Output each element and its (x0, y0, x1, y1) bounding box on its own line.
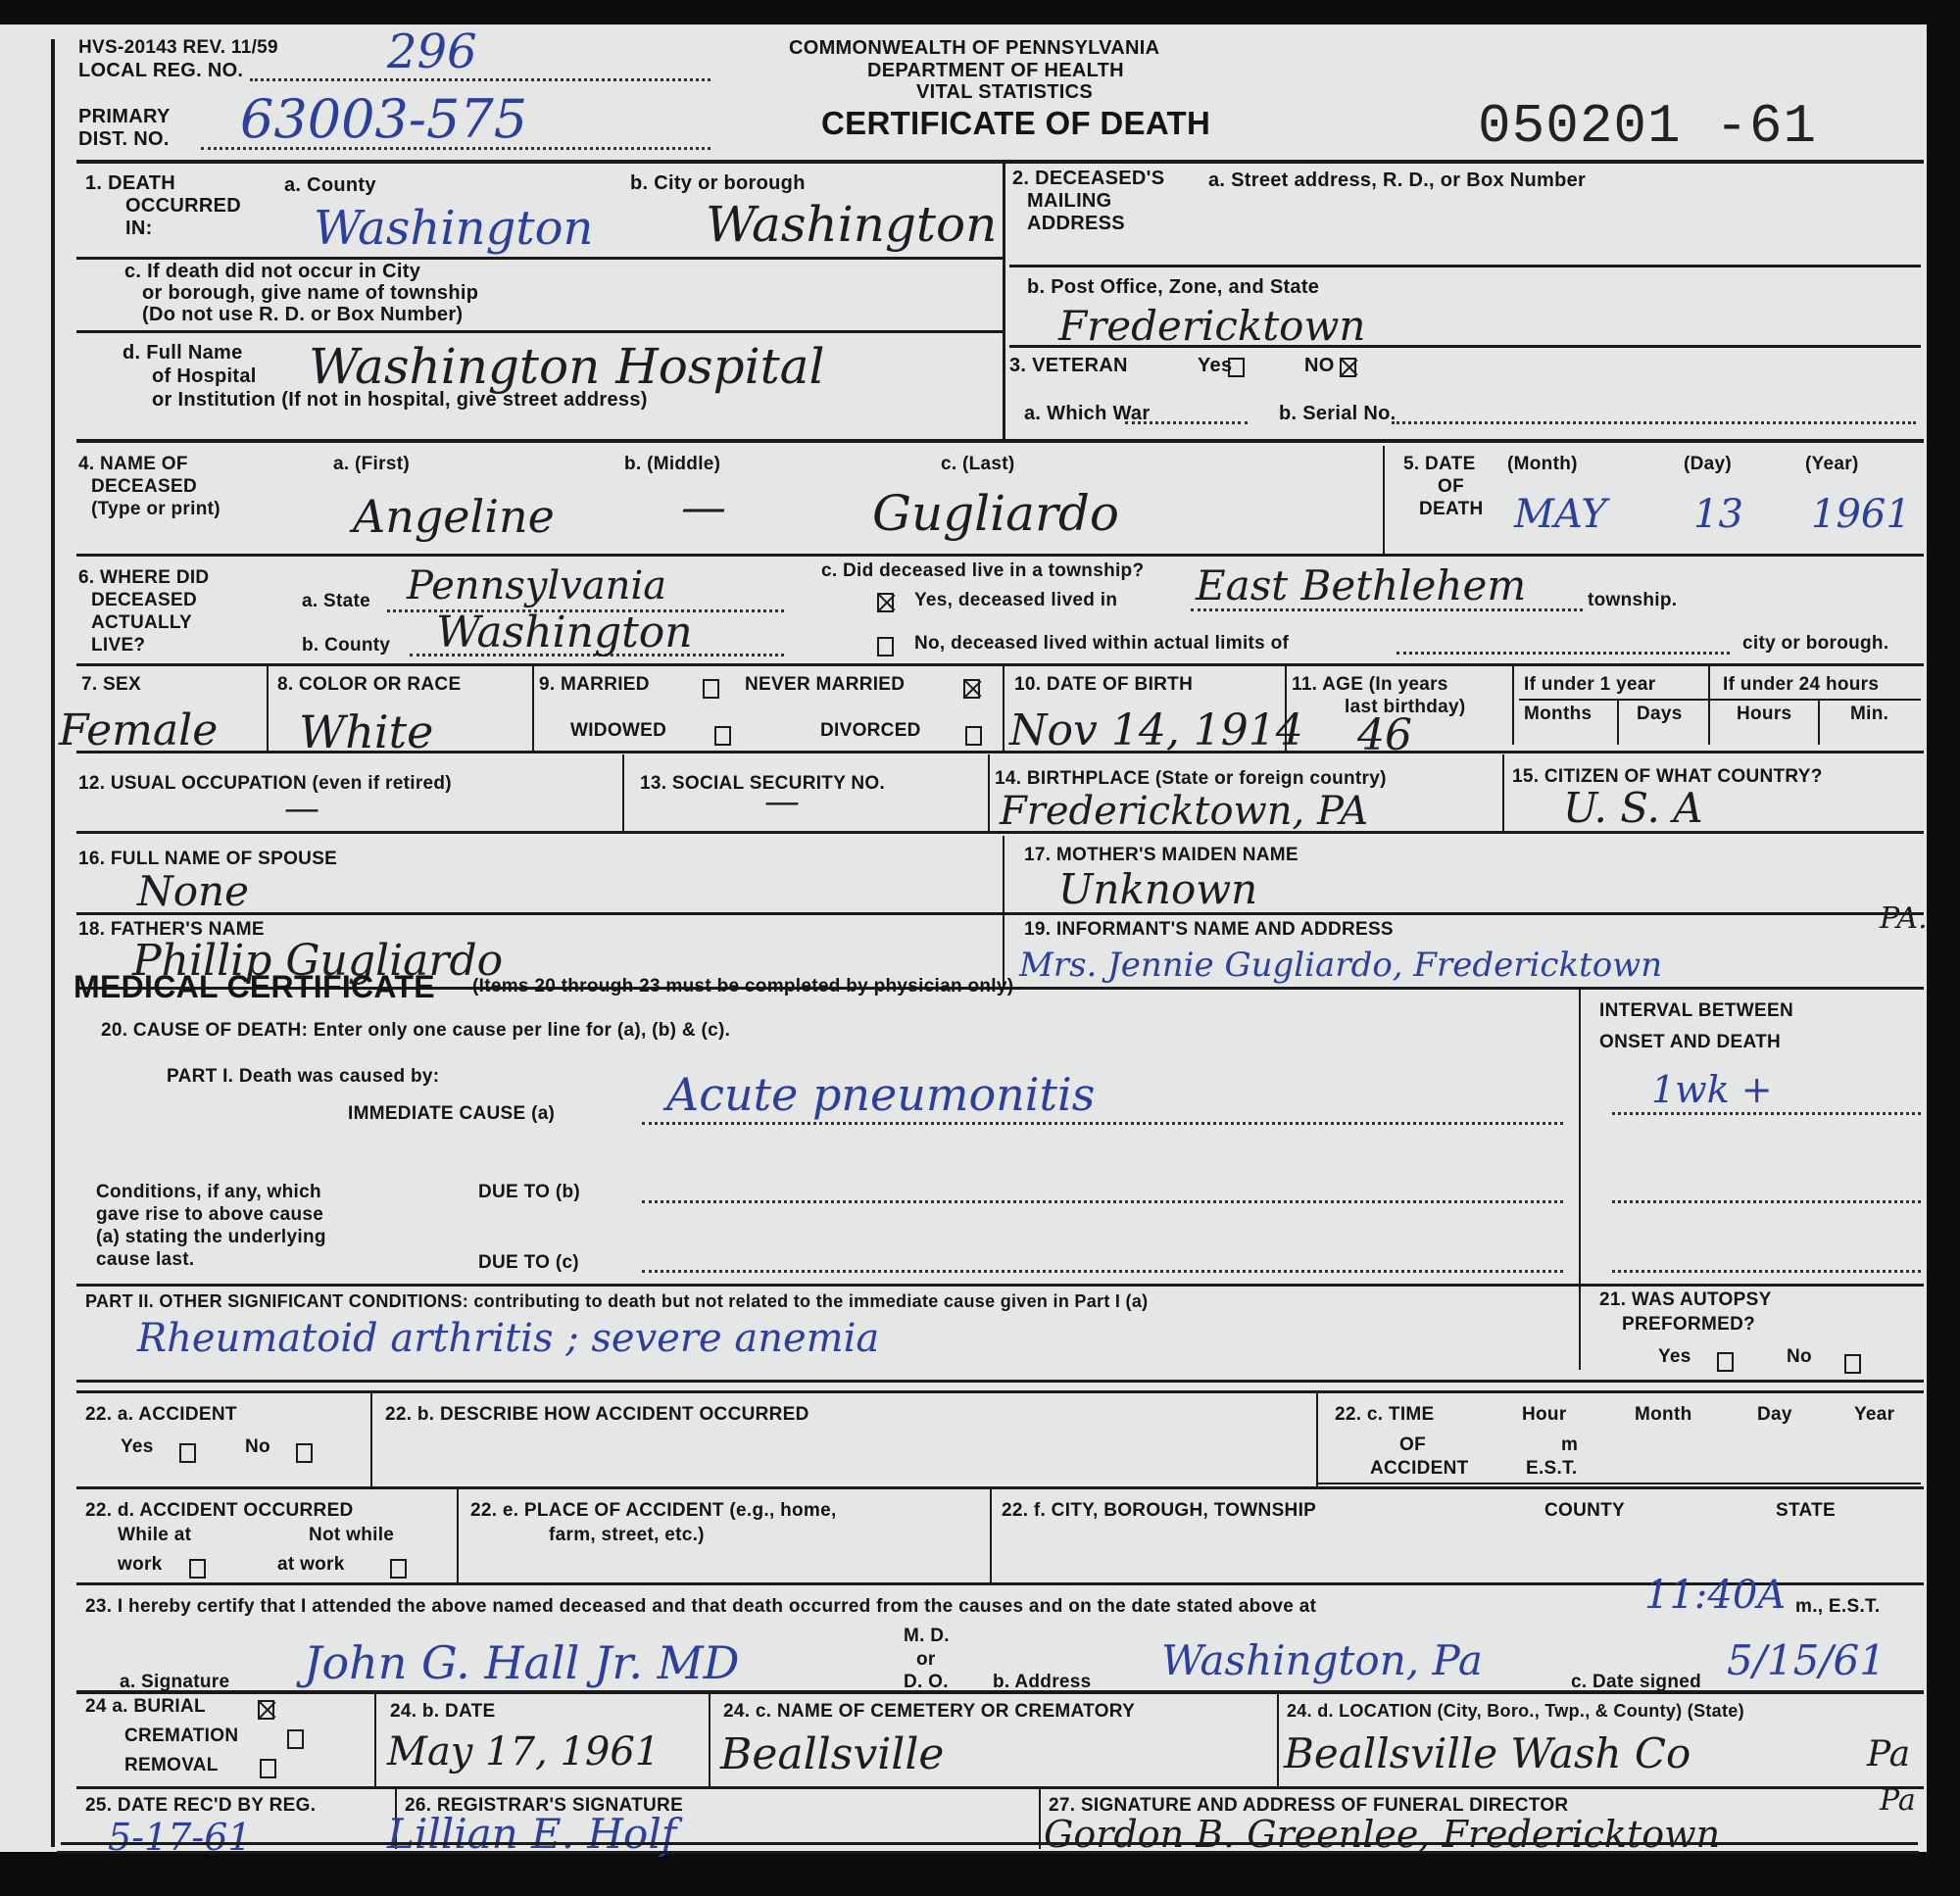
residence-county-label: b. County (302, 634, 390, 656)
post-office-value: Fredericktown (1058, 302, 1365, 350)
cremation-label: CREMATION (124, 1725, 238, 1747)
rule (1519, 699, 1921, 701)
col-divider (1383, 446, 1385, 554)
col-divider (990, 1489, 992, 1582)
autopsy-label-1: 21. WAS AUTOPSY (1599, 1288, 1772, 1311)
dist-label: DIST. NO. (78, 127, 170, 151)
year-label: (Year) (1805, 453, 1859, 475)
township-value: East Bethlehem (1196, 561, 1526, 609)
mailing-label-2: MAILING (1027, 189, 1112, 213)
informant-label: 19. INFORMANT'S NAME AND ADDRESS (1024, 918, 1394, 941)
last-name-value: Gugliardo (872, 485, 1119, 542)
burial-location-label: 24. d. LOCATION (City, Boro., Twp., & Co… (1287, 1700, 1744, 1723)
city-borough-suffix: city or borough. (1742, 632, 1888, 655)
divorced-checkbox[interactable] (965, 726, 982, 746)
rule (61, 1842, 1918, 1845)
informant-state: PA. (1880, 901, 1928, 936)
col-divider (1003, 666, 1004, 753)
death-month-value: MAY (1514, 492, 1607, 537)
occupation-label: 12. USUAL OCCUPATION (even if retired) (78, 772, 452, 795)
part-2-label: PART II. OTHER SIGNIFICANT CONDITIONS: c… (85, 1290, 1148, 1313)
col-divider (1003, 836, 1004, 914)
first-name-label: a. (First) (333, 453, 410, 475)
rule (76, 751, 1924, 754)
under-year-label: If under 1 year (1524, 673, 1655, 696)
death-date-label-3: DEATH (1419, 498, 1484, 520)
conditions-label-2: gave rise to above cause (96, 1203, 323, 1226)
col-divider (1512, 666, 1514, 745)
agency-line-1: COMMONWEALTH OF PENNSYLVANIA (789, 36, 1159, 60)
rule (76, 1690, 1924, 1694)
street-address-label: a. Street address, R. D., or Box Number (1208, 169, 1586, 192)
burial-label: 24 a. BURIAL (85, 1695, 206, 1718)
col-divider (374, 1694, 376, 1787)
immediate-cause-value: Acute pneumonitis (666, 1068, 1095, 1121)
due-to-c-label: DUE TO (c) (478, 1251, 579, 1274)
burial-location-value: Beallsville Wash Co (1284, 1729, 1690, 1777)
death-county-value: Washington (314, 201, 593, 256)
never-married-checkbox[interactable] (963, 679, 980, 699)
hours-label: Hours (1737, 703, 1791, 725)
burial-date-value: May 17, 1961 (387, 1729, 660, 1774)
burial-checkbox[interactable] (258, 1700, 274, 1720)
residence-label-1: 6. WHERE DID (78, 566, 209, 589)
married-label: 9. MARRIED (539, 673, 650, 696)
rule (1318, 1483, 1921, 1484)
name-label-2: DECEASED (91, 475, 197, 498)
rule (76, 554, 1924, 557)
accident-yes-label: Yes (121, 1435, 154, 1458)
place-label-2: farm, street, etc.) (549, 1524, 705, 1546)
widowed-label: WIDOWED (570, 719, 666, 742)
autopsy-yes-label: Yes (1658, 1345, 1691, 1368)
rule (76, 1380, 1924, 1383)
hospital-label-1: d. Full Name (122, 341, 243, 365)
conditions-label-1: Conditions, if any, which (96, 1181, 321, 1203)
last-name-label: c. (Last) (941, 453, 1015, 475)
local-reg-line (250, 78, 710, 81)
col-divider (1708, 666, 1710, 745)
due-to-b-label: DUE TO (b) (478, 1181, 580, 1203)
physician-address-value: Washington, Pa (1161, 1636, 1483, 1684)
interval-line-c (1612, 1270, 1921, 1273)
residence-label-3: ACTUALLY (91, 611, 192, 634)
township-yes-checkbox[interactable] (877, 593, 894, 612)
removal-checkbox[interactable] (260, 1759, 276, 1778)
date-signed-value: 5/15/61 (1727, 1636, 1886, 1684)
accident-hour-label: Hour (1522, 1403, 1567, 1426)
work-label: work (118, 1553, 163, 1576)
form-id: HVS-20143 REV. 11/59 (78, 36, 278, 59)
mother-maiden-label: 17. MOTHER'S MAIDEN NAME (1024, 844, 1298, 866)
accident-est-label: E.S.T. (1526, 1457, 1577, 1480)
accident-m-label: m (1561, 1434, 1578, 1456)
race-label: 8. COLOR OR RACE (277, 673, 461, 696)
death-occurred-label-3: IN: (125, 217, 153, 240)
death-date-label-1: 5. DATE (1403, 453, 1476, 475)
veteran-label: 3. VETERAN (1009, 354, 1128, 377)
birthplace-value: Fredericktown, PA (1000, 789, 1368, 834)
accident-state-label: STATE (1776, 1499, 1836, 1522)
death-date-label-2: OF (1438, 475, 1464, 498)
col-divider (1579, 990, 1581, 1284)
interval-line-b (1612, 1200, 1921, 1203)
col-divider (1316, 1393, 1318, 1486)
accident-day-label: Day (1757, 1403, 1792, 1426)
autopsy-no-label: No (1787, 1345, 1812, 1368)
residence-state-value: Pennsylvania (407, 563, 666, 608)
col-divider (532, 666, 534, 753)
rule (76, 1284, 1924, 1287)
residence-label-4: LIVE? (91, 634, 145, 656)
post-office-label: b. Post Office, Zone, and State (1027, 275, 1319, 299)
rule (76, 1486, 1924, 1489)
at-work-label: at work (277, 1553, 345, 1576)
city-label: b. City or borough (630, 171, 806, 195)
primary-label: PRIMARY (78, 105, 171, 128)
col-divider (1285, 666, 1287, 753)
mailing-label-3: ADDRESS (1027, 212, 1125, 235)
spouse-value: None (137, 867, 249, 915)
sex-value: Female (59, 705, 218, 755)
part-1-label: PART I. Death was caused by: (167, 1065, 439, 1088)
left-margin-rule (51, 39, 55, 1847)
accident-time-label-2: OF (1399, 1434, 1426, 1456)
interval-label-1: INTERVAL BETWEEN (1599, 999, 1793, 1022)
rule (76, 1390, 1924, 1393)
township-yes-label: Yes, deceased lived in (914, 589, 1117, 611)
township-label-1: c. If death did not occur in City (124, 260, 420, 283)
county-label: a. County (284, 173, 376, 197)
funeral-director-value: Gordon B. Greenlee, Fredericktown (1044, 1813, 1720, 1856)
informant-value: Mrs. Jennie Gugliardo, Fredericktown (1019, 946, 1662, 985)
md-label: M. D. (904, 1625, 950, 1647)
hospital-label-2: of Hospital (152, 365, 257, 388)
which-war-line (1125, 421, 1248, 424)
certificate-number: 050201 -61 (1478, 95, 1817, 158)
death-occurred-label-2: OCCURRED (125, 194, 241, 218)
burial-location-state: Pa (1867, 1734, 1910, 1774)
death-certificate: HVS-20143 REV. 11/59 LOCAL REG. NO. 296 … (0, 24, 1927, 1852)
place-label-1: 22. e. PLACE OF ACCIDENT (e.g., home, (470, 1499, 837, 1522)
residence-label-2: DECEASED (91, 589, 197, 611)
township-label-3: (Do not use R. D. or Box Number) (142, 303, 463, 326)
autopsy-no-checkbox[interactable] (1844, 1354, 1861, 1374)
death-city-value: Washington (706, 196, 997, 253)
rule (76, 912, 1924, 915)
certify-time-suffix: m., E.S.T. (1795, 1595, 1880, 1618)
middle-name-value: — (681, 480, 726, 533)
due-to-b-line (642, 1200, 1563, 1203)
residence-county-value: Washington (436, 608, 693, 657)
conditions-label-3: (a) stating the underlying (96, 1226, 326, 1248)
rule (1009, 265, 1921, 267)
agency-line-3: VITAL STATISTICS (916, 80, 1093, 104)
autopsy-yes-checkbox[interactable] (1717, 1352, 1734, 1372)
accident-time-label-3: ACCIDENT (1370, 1457, 1469, 1480)
col-divider (1617, 701, 1619, 745)
rule (76, 330, 1003, 333)
married-checkbox[interactable] (703, 679, 719, 699)
township-no-label: No, deceased lived within actual limits … (914, 632, 1289, 655)
removal-label: REMOVAL (124, 1754, 219, 1776)
birth-date-label: 10. DATE OF BIRTH (1014, 673, 1193, 696)
veteran-no-label: NO (1304, 354, 1335, 377)
death-day-value: 13 (1693, 492, 1743, 537)
city-limits-line (1396, 652, 1730, 655)
day-label: (Day) (1684, 453, 1732, 475)
autopsy-label-2: PREFORMED? (1622, 1313, 1755, 1336)
rule (76, 439, 1924, 443)
accident-no-label: No (245, 1435, 270, 1458)
never-married-label: NEVER MARRIED (745, 673, 905, 696)
mailing-label-1: 2. DECEASED'S (1012, 167, 1164, 190)
accident-label: 22. a. ACCIDENT (85, 1403, 237, 1426)
name-label-3: (Type or print) (91, 498, 220, 520)
date-received-label: 25. DATE REC'D BY REG. (85, 1794, 316, 1817)
veteran-no-checkbox[interactable] (1340, 358, 1356, 377)
funeral-director-state: Pa (1880, 1783, 1916, 1818)
col-divider (1818, 701, 1820, 745)
death-year-value: 1961 (1811, 492, 1911, 537)
sex-label: 7. SEX (81, 673, 141, 696)
conditions-label-4: cause last. (96, 1248, 194, 1271)
veteran-yes-checkbox[interactable] (1228, 358, 1245, 377)
certificate-title: CERTIFICATE OF DEATH (821, 105, 1210, 142)
accident-no-checkbox[interactable] (296, 1443, 313, 1463)
due-to-c-line (642, 1270, 1563, 1273)
not-at-work-checkbox[interactable] (390, 1559, 407, 1579)
accident-city-label: 22. f. CITY, BOROUGH, TOWNSHIP (1002, 1499, 1316, 1522)
citizenship-value: U. S. A (1563, 784, 1703, 832)
township-label-2: or borough, give name of township (142, 281, 478, 305)
physician-signature-value: John G. Hall Jr. MD (304, 1636, 740, 1689)
dist-value: 63003-575 (240, 88, 527, 150)
burial-date-label: 24. b. DATE (390, 1700, 495, 1723)
occupation-value: — (284, 789, 319, 829)
first-name-value: Angeline (353, 490, 555, 543)
col-divider (988, 754, 990, 833)
township-question: c. Did deceased live in a township? (821, 559, 1144, 582)
rule (1009, 345, 1921, 348)
death-occurred-label: 1. DEATH (85, 171, 175, 195)
col-divider (267, 666, 269, 753)
local-reg-value: 296 (387, 24, 477, 79)
birthplace-label: 14. BIRTHPLACE (State or foreign country… (995, 767, 1387, 790)
name-label-1: 4. NAME OF (78, 453, 188, 475)
accident-occurred-label: 22. d. ACCIDENT OCCURRED (85, 1499, 354, 1522)
days-label: Days (1637, 703, 1683, 725)
col-divider (709, 1694, 710, 1787)
residence-state-label: a. State (302, 590, 370, 612)
accident-year-label: Year (1854, 1403, 1894, 1426)
header-rule (76, 160, 1924, 164)
immediate-cause-line (642, 1122, 1563, 1125)
col-divider (1502, 754, 1504, 833)
rule (76, 831, 1924, 834)
birth-date-value: Nov 14, 1914 (1009, 705, 1303, 755)
part-2-value: Rheumatoid arthritis ; severe anemia (137, 1316, 879, 1361)
certify-time-value: 11:40A (1644, 1573, 1786, 1618)
serial-line (1392, 421, 1916, 424)
accident-time-label-1: 22. c. TIME (1335, 1403, 1435, 1426)
mother-maiden-value: Unknown (1058, 865, 1257, 913)
interval-value: 1wk + (1651, 1068, 1773, 1111)
medical-certificate-title: MEDICAL CERTIFICATE (73, 968, 435, 1005)
certify-statement: 23. I hereby certify that I attended the… (85, 1595, 1316, 1618)
serial-label: b. Serial No. (1279, 402, 1396, 425)
hospital-value: Washington Hospital (309, 338, 824, 395)
col-divider (1003, 164, 1005, 441)
accident-county-label: COUNTY (1544, 1499, 1625, 1522)
age-label-1: 11. AGE (In years (1292, 673, 1448, 696)
under-24-label: If under 24 hours (1723, 673, 1879, 696)
col-divider (1277, 1694, 1279, 1787)
col-divider (622, 754, 624, 833)
local-reg-label: LOCAL REG. NO. (78, 59, 243, 82)
cemetery-label: 24. c. NAME OF CEMETERY OR CREMATORY (723, 1700, 1135, 1723)
immediate-cause-label: IMMEDIATE CAUSE (a) (348, 1102, 555, 1125)
ssn-value: — (764, 782, 800, 822)
cemetery-value: Beallsville (720, 1729, 944, 1779)
interval-line-a (1612, 1112, 1921, 1115)
or-label: or (916, 1648, 936, 1671)
medical-certificate-subtitle: (Items 20 through 23 must be completed b… (472, 975, 1013, 997)
cause-of-death-label: 20. CAUSE OF DEATH: Enter only one cause… (101, 1019, 730, 1042)
accident-month-label: Month (1635, 1403, 1691, 1426)
cremation-checkbox[interactable] (287, 1729, 304, 1749)
while-at-label: While at (118, 1524, 191, 1546)
while-at-work-checkbox[interactable] (189, 1559, 206, 1579)
ssn-label: 13. SOCIAL SECURITY NO. (640, 772, 885, 795)
min-label: Min. (1850, 703, 1888, 725)
month-label: (Month) (1507, 453, 1578, 475)
rule (76, 663, 1924, 666)
accident-yes-checkbox[interactable] (179, 1443, 196, 1463)
col-divider (1579, 1287, 1581, 1370)
col-divider (457, 1489, 459, 1582)
rule (57, 1851, 1919, 1854)
describe-accident-label: 22. b. DESCRIBE HOW ACCIDENT OCCURRED (385, 1403, 809, 1426)
interval-label-2: ONSET AND DEATH (1599, 1031, 1781, 1053)
township-suffix: township. (1588, 589, 1677, 611)
divorced-label: DIVORCED (820, 719, 921, 742)
township-no-checkbox[interactable] (877, 637, 894, 656)
col-divider (370, 1393, 372, 1486)
rule (76, 1786, 1924, 1789)
months-label: Months (1524, 703, 1592, 725)
middle-name-label: b. (Middle) (624, 453, 720, 475)
col-divider (1039, 1788, 1041, 1849)
agency-line-2: DEPARTMENT OF HEALTH (867, 59, 1124, 82)
widowed-checkbox[interactable] (714, 726, 731, 746)
not-while-label: Not while (309, 1524, 394, 1546)
